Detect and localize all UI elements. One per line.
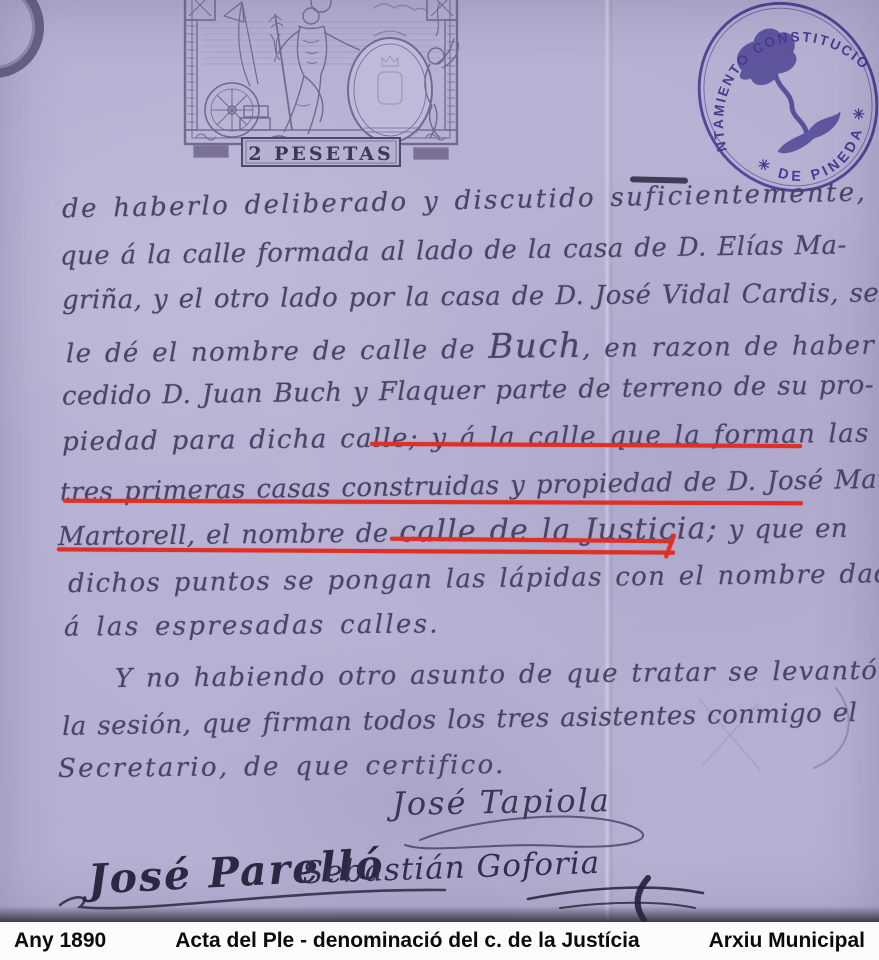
manuscript-line: que á la calle formada al lado de la cas… bbox=[60, 231, 847, 272]
red-underline bbox=[57, 547, 675, 554]
street-name-buch: Buch bbox=[488, 326, 582, 367]
caption-title: Acta del Ple - denominació del c. de la … bbox=[106, 929, 708, 953]
manuscript-line: Y no habiendo otro asunto de que tratar … bbox=[115, 656, 879, 694]
manuscript-line: la sesión, que firman todos los tres asi… bbox=[62, 698, 858, 742]
manuscript-line: de haberlo deliberado y discutido sufici… bbox=[62, 178, 868, 225]
manuscript-line: dichos puntos se pongan las lápidas con … bbox=[68, 559, 879, 599]
manuscript-line: cedido D. Juan Buch y Flaquer parte de t… bbox=[62, 370, 874, 411]
partial-edge-seal bbox=[0, 0, 44, 78]
caption-year: Any 1890 bbox=[14, 929, 106, 953]
photo-edge-shadow bbox=[0, 906, 879, 922]
caduceus-icon bbox=[269, 14, 292, 130]
revenue-stamp-denomination: 2 PESETAS bbox=[248, 143, 393, 165]
coat-of-arms-medallion bbox=[348, 31, 432, 142]
manuscript-line: le dé el nombre de calle de Buch, en raz… bbox=[66, 323, 875, 371]
manuscript-line: piedad para dicha calle; y á la calle qu… bbox=[62, 419, 870, 457]
manuscript-line-segment: y que en bbox=[718, 514, 848, 545]
manuscript-line-segment: le dé el nombre de calle de bbox=[66, 335, 489, 369]
caption-bar: Any 1890 Acta del Ple - denominació del … bbox=[0, 922, 879, 960]
caption-archive: Arxiu Municipal bbox=[709, 929, 865, 953]
manuscript-line-segment: , en razon de haber bbox=[582, 331, 875, 364]
manuscript-line: Martorell, el nombre de calle de la Just… bbox=[58, 510, 848, 553]
manuscript-line: griña, y el otro lado por la casa de D. … bbox=[62, 278, 879, 315]
archival-document-photo: 2 PESETAS AYUNTAMIENTO CONSTITUCIONAL ✳ … bbox=[0, 0, 879, 960]
manuscript-line: Secretario, de que certifico. bbox=[58, 750, 506, 784]
goforia-rubric bbox=[528, 888, 703, 899]
manuscript-line: á las espresadas calles. bbox=[64, 609, 440, 642]
revenue-stamp: 2 PESETAS bbox=[178, 0, 464, 178]
manuscript-page: 2 PESETAS AYUNTAMIENTO CONSTITUCIONAL ✳ … bbox=[0, 0, 879, 922]
signature-jose-tapiola: José Tapiola bbox=[392, 781, 611, 823]
